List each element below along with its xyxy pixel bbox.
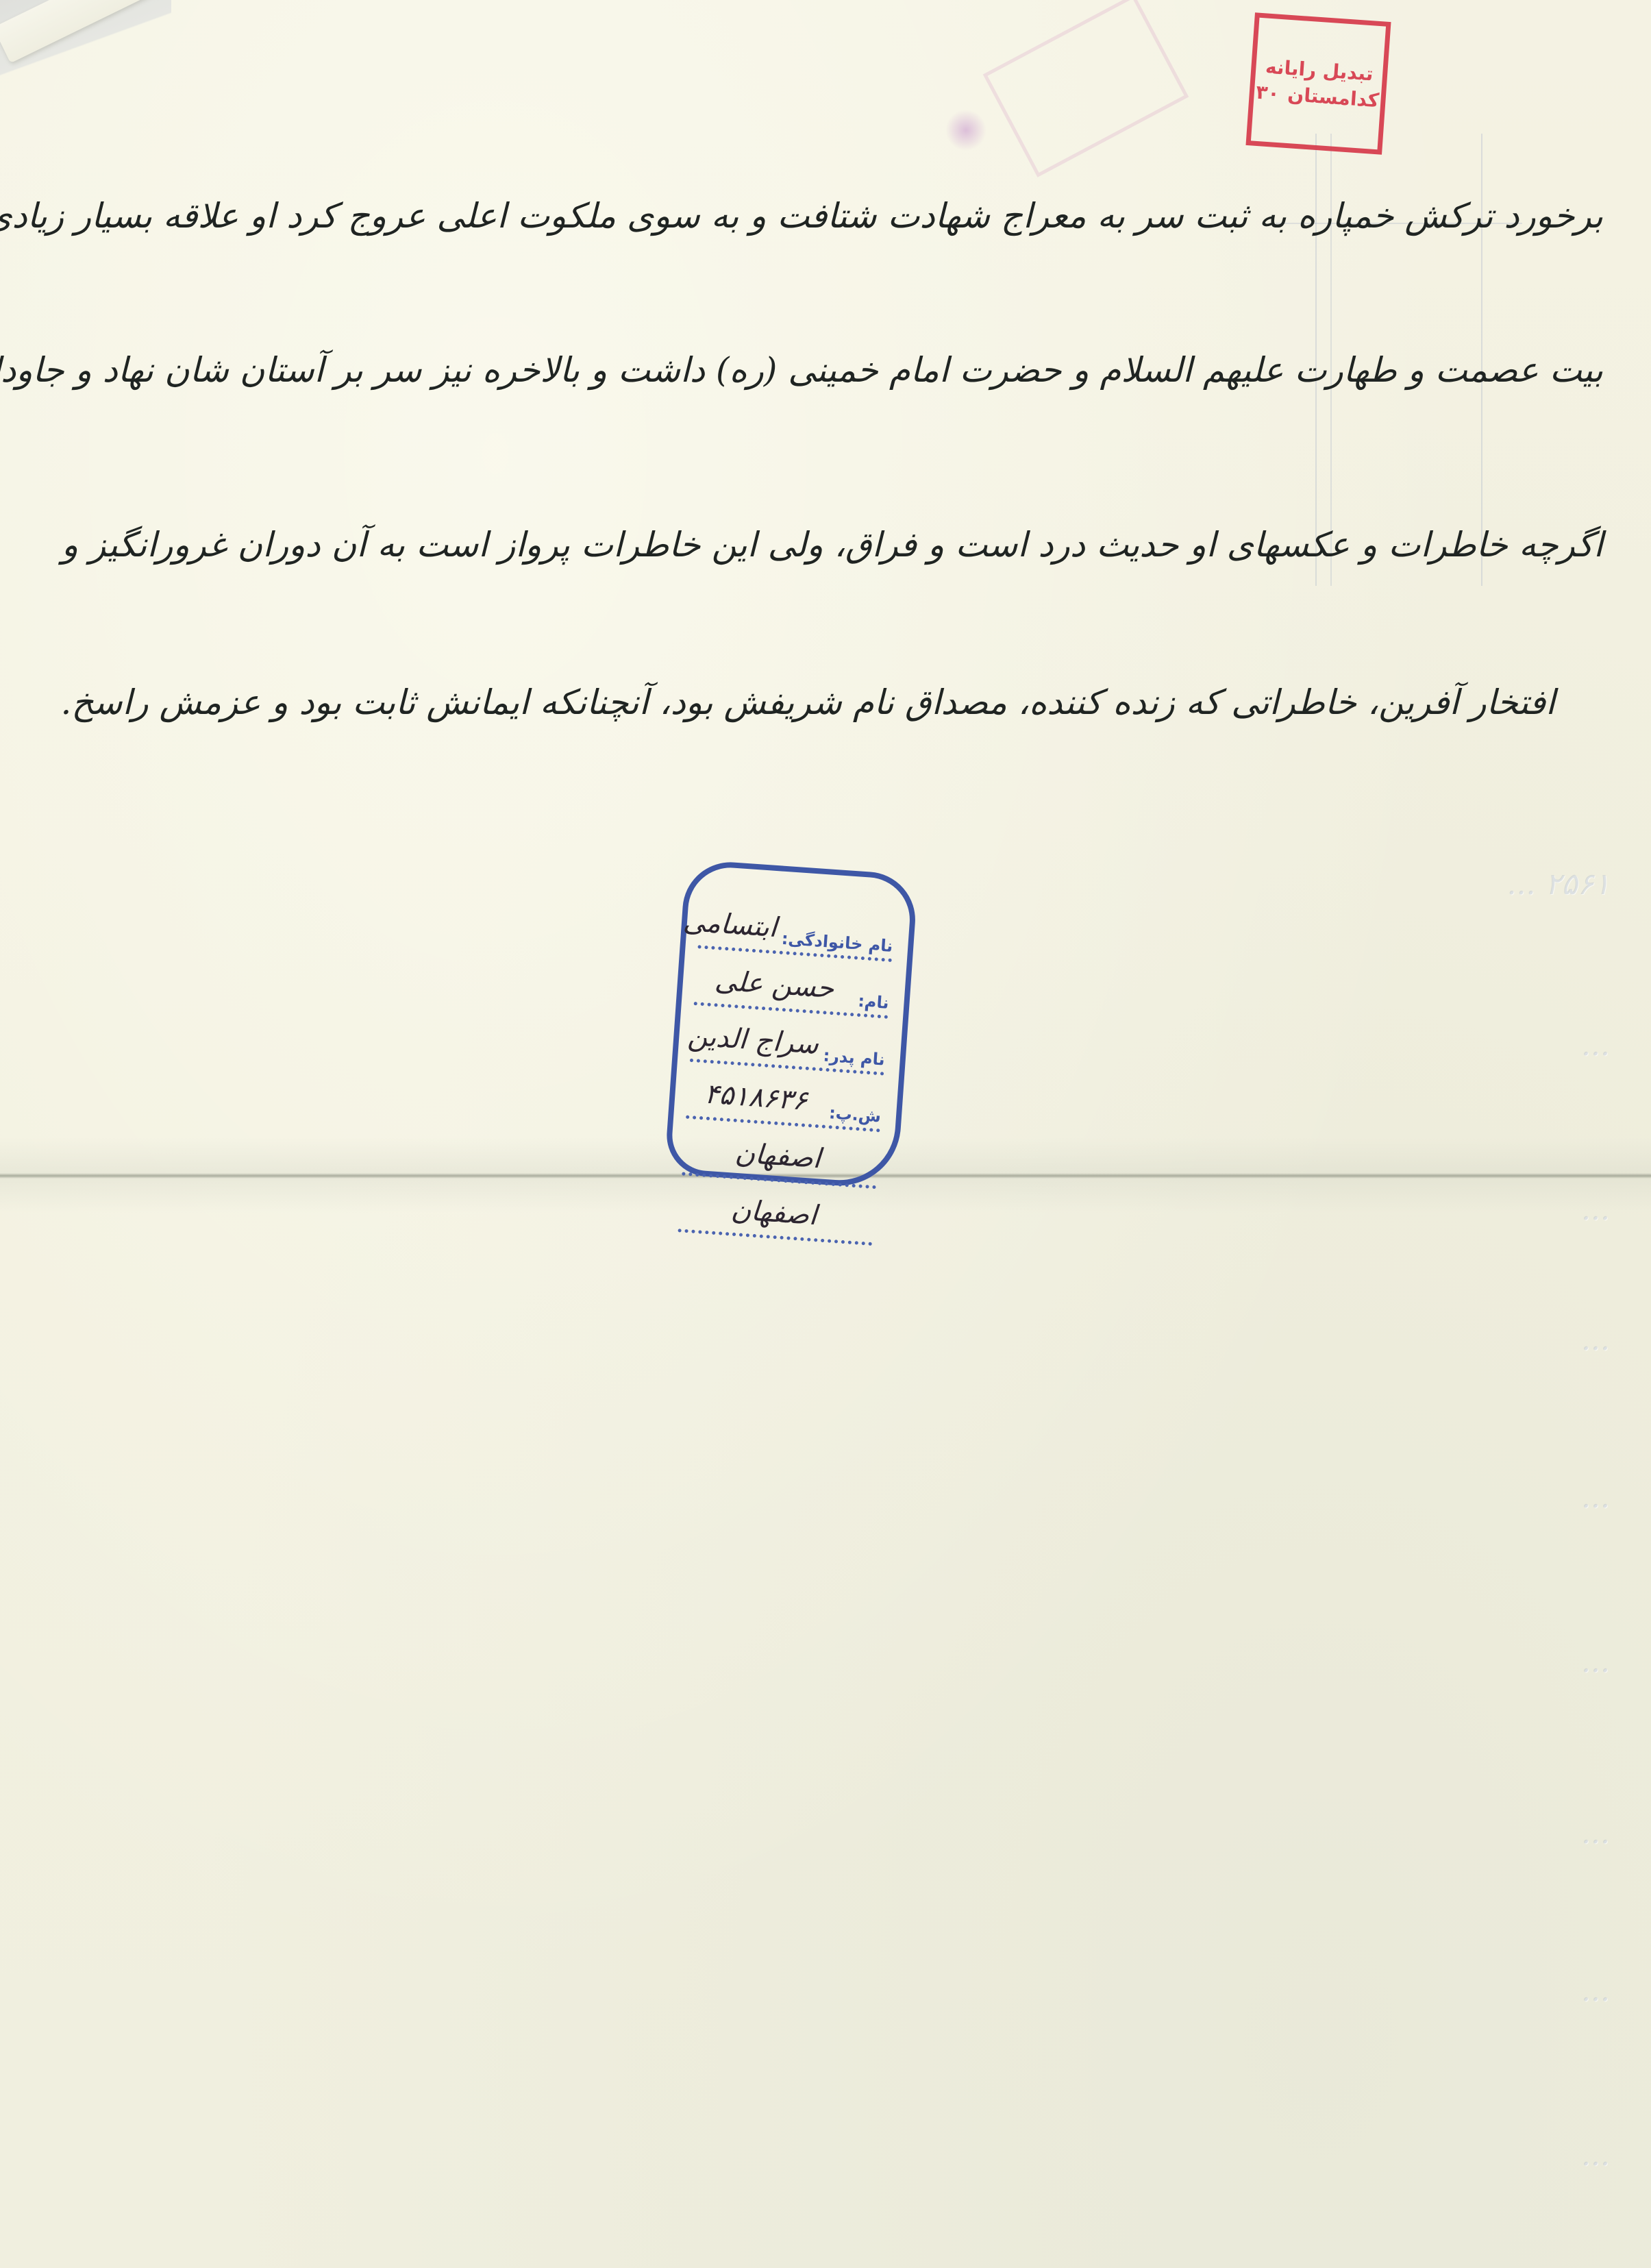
stamp-label: نام پدر: [822, 1046, 885, 1072]
stamp-value: سراج الدین [686, 1020, 820, 1068]
show-through-line: ... [48, 1480, 1610, 1516]
red-stamp-number: ۳۰ [1255, 79, 1280, 107]
stamp-value: اصفهان [682, 1134, 873, 1185]
blue-identity-stamp: نام خانوادگی: ابتسامی نام: حسن علی نام پ… [664, 859, 918, 1190]
stamp-value: ۴۵۱۸۶۳۶ [686, 1077, 825, 1125]
stamp-value: ابتسامی [682, 906, 778, 950]
ink-smudge [945, 110, 986, 151]
show-through-line: ... [48, 1644, 1610, 1680]
stamp-label: نام: [857, 991, 889, 1015]
show-through-line: ... [48, 2138, 1610, 2173]
show-through-line: ... [48, 1322, 1610, 1358]
stamp-field-father-name: نام پدر: سراج الدین [690, 1008, 888, 1076]
red-stamp-line2: کدامستان [1287, 82, 1380, 114]
stamp-field-surname: نام خانوادگی: ابتسامی [697, 894, 895, 962]
show-through-line: ... [48, 1973, 1610, 2009]
red-archive-stamp: تبدیل رایانه کدامستان ۳۰ [1245, 12, 1391, 154]
stamp-value: حسن علی [694, 963, 854, 1013]
handwritten-line-4: افتخار آفرین، خاطراتی که زنده کننده، مصد… [206, 685, 1555, 719]
stamp-field-name: نام: حسن علی [694, 951, 892, 1019]
stamp-value: اصفهان [678, 1190, 869, 1242]
handwritten-line-1: برخورد ترکش خمپاره به ثبت سر به معراج شه… [62, 199, 1603, 233]
stamp-label: نام خانوادگی: [781, 929, 894, 959]
stamp-label: ش.پ: [828, 1103, 882, 1129]
handwritten-line-2: بیت عصمت و طهارت علیهم السلام و حضرت اما… [62, 353, 1603, 387]
handwritten-line-3: اگرچه خاطرات و عکسهای او حدیث درد است و … [62, 528, 1603, 562]
show-through-line: ... [48, 1816, 1610, 1851]
stamp-field-id-number: ش.پ: ۴۵۱۸۶۳۶ [686, 1065, 884, 1133]
